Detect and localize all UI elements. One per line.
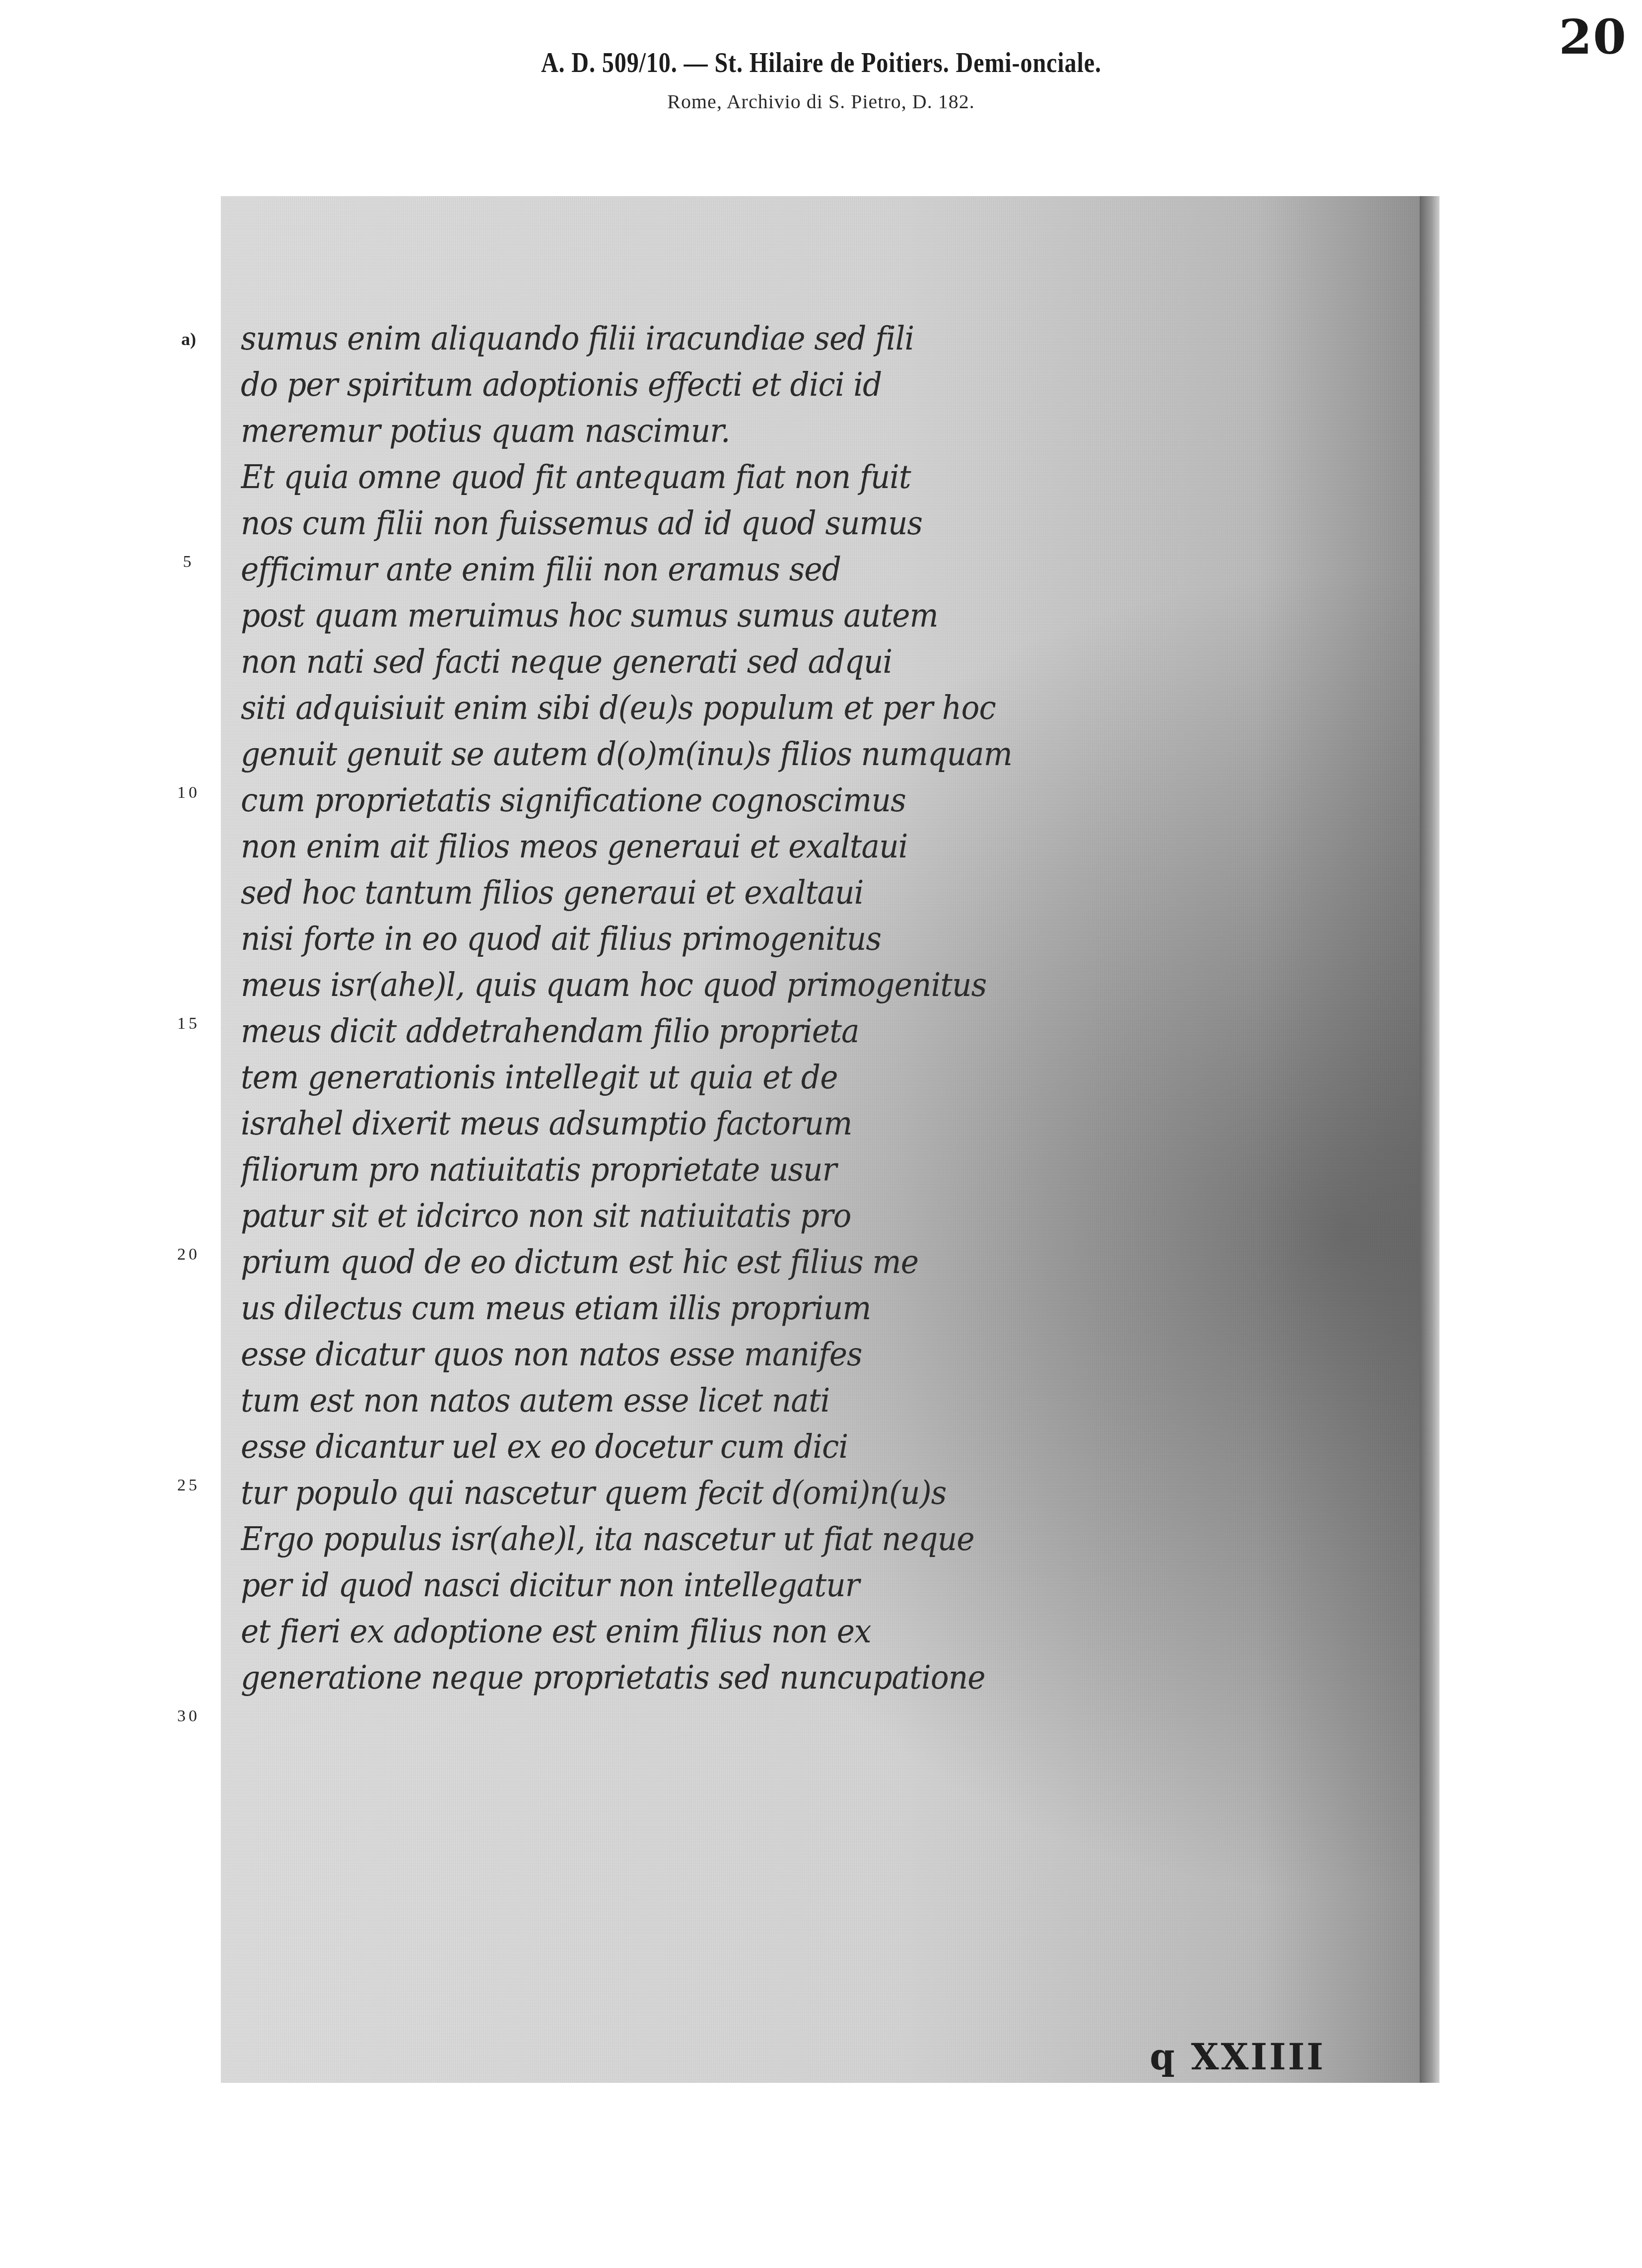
manuscript-line: tum est non natos autem esse licet nati — [241, 1377, 1339, 1423]
manuscript-line: meus isr(ahe)l, quis quam hoc quod primo… — [241, 962, 1339, 1008]
line-number: 30 — [164, 1707, 213, 1726]
manuscript-line: nisi forte in eo quod ait filius primoge… — [241, 916, 1339, 962]
page-edge-shadow — [1420, 196, 1439, 2083]
manuscript-line: siti adquisiuit enim sibi d(eu)s populum… — [241, 685, 1339, 731]
manuscript-line: genuit genuit se autem d(o)m(inu)s filio… — [241, 731, 1339, 777]
manuscript-line: meremur potius quam nascimur. — [241, 408, 1339, 454]
manuscript-line: post quam meruimus hoc sumus sumus autem — [241, 592, 1339, 638]
section-label: a) — [164, 329, 213, 350]
manuscript-line: efficimur ante enim filii non eramus sed — [241, 546, 1339, 592]
manuscript-line: cum proprietatis significatione cognosci… — [241, 777, 1339, 823]
manuscript-line: Et quia omne quod fit antequam fiat non … — [241, 454, 1339, 500]
manuscript-line: sumus enim aliquando filii iracundiae se… — [241, 315, 1339, 361]
manuscript-line: generatione neque proprietatis sed nuncu… — [241, 1654, 1339, 1701]
line-number: 25 — [164, 1476, 213, 1495]
plate-subtitle: Rome, Archivio di S. Pietro, D. 182. — [0, 90, 1642, 113]
manuscript-plate: sumus enim aliquando filii iracundiae se… — [221, 196, 1439, 2083]
manuscript-text: sumus enim aliquando filii iracundiae se… — [241, 315, 1422, 1701]
manuscript-line: nos cum filii non fuissemus ad id quod s… — [241, 500, 1339, 546]
plate-title: A. D. 509/10. — St. Hilaire de Poitiers.… — [541, 47, 1101, 79]
line-number-gutter: a) 5 10 15 20 25 30 — [164, 0, 218, 2268]
manuscript-line: israhel dixerit meus adsumptio factorum — [241, 1100, 1339, 1146]
manuscript-line: esse dicantur uel ex eo docetur cum dici — [241, 1423, 1339, 1470]
manuscript-line: esse dicatur quos non natos esse manifes — [241, 1331, 1339, 1377]
manuscript-line: et fieri ex adoptione est enim filius no… — [241, 1608, 1339, 1654]
plate-header: A. D. 509/10. — St. Hilaire de Poitiers.… — [0, 47, 1642, 113]
manuscript-line: tem generationis intellegit ut quia et d… — [241, 1054, 1339, 1100]
manuscript-line: us dilectus cum meus etiam illis propriu… — [241, 1285, 1339, 1331]
manuscript-line: sed hoc tantum filios generaui et exalta… — [241, 869, 1339, 916]
line-number: 20 — [164, 1245, 213, 1264]
manuscript-line: Ergo populus isr(ahe)l, ita nascetur ut … — [241, 1516, 1339, 1562]
manuscript-line: non nati sed facti neque generati sed ad… — [241, 638, 1339, 685]
line-number: 5 — [164, 553, 213, 571]
manuscript-line: non enim ait filios meos generaui et exa… — [241, 823, 1339, 869]
manuscript-line: prium quod de eo dictum est hic est fili… — [241, 1239, 1339, 1285]
line-number: 15 — [164, 1014, 213, 1033]
quire-signature: q XXIIII — [1150, 2036, 1325, 2078]
manuscript-line: meus dicit addetrahendam filio proprieta — [241, 1008, 1339, 1054]
manuscript-line: filiorum pro natiuitatis proprietate usu… — [241, 1146, 1339, 1193]
manuscript-line: patur sit et idcirco non sit natiuitatis… — [241, 1193, 1339, 1239]
manuscript-line: do per spiritum adoptionis effecti et di… — [241, 361, 1339, 408]
line-number: 10 — [164, 783, 213, 802]
manuscript-line: per id quod nasci dicitur non intellegat… — [241, 1562, 1339, 1608]
manuscript-line: tur populo qui nascetur quem fecit d(omi… — [241, 1470, 1339, 1516]
